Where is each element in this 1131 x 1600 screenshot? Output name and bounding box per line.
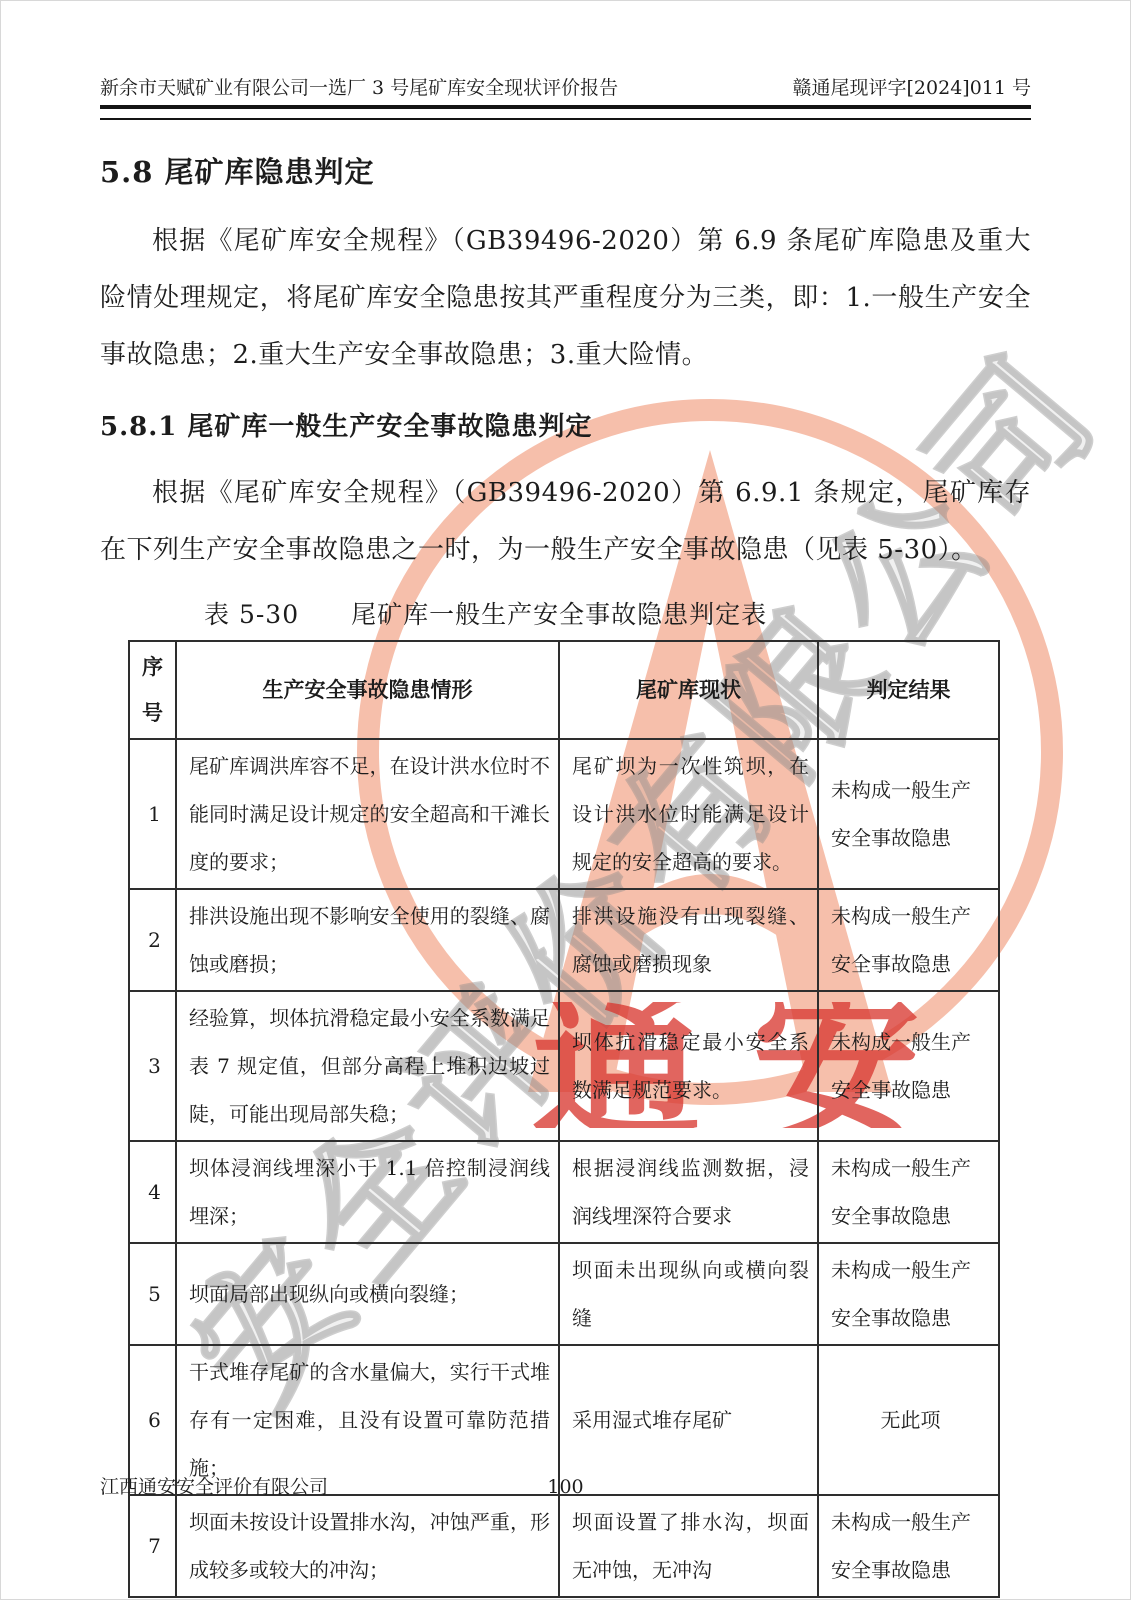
paragraph-1: 根据《尾矿库安全规程》（GB39496-2020）第 6.9 条尾矿库隐患及重大…: [100, 213, 1031, 384]
row-result: 未构成一般生产安全事故隐患: [818, 1495, 999, 1597]
row-status: 坝面设置了排水沟，坝面无冲蚀，无冲沟: [559, 1495, 818, 1597]
row-situation: 坝面局部出现纵向或横向裂缝；: [176, 1243, 559, 1345]
row-result: 未构成一般生产安全事故隐患: [818, 1243, 999, 1345]
row-result: 未构成一般生产安全事故隐患: [818, 889, 999, 991]
row-situation: 尾矿库调洪库容不足，在设计洪水位时不能同时满足设计规定的安全超高和干滩长度的要求…: [176, 739, 559, 889]
row-no: 6: [129, 1345, 176, 1495]
row-result: 未构成一般生产安全事故隐患: [818, 739, 999, 889]
row-no: 3: [129, 991, 176, 1141]
section-heading-5-8: 5.8 尾矿库隐患判定: [100, 150, 1031, 191]
paragraph-2: 根据《尾矿库安全规程》（GB39496-2020）第 6.9.1 条规定，尾矿库…: [100, 465, 1031, 579]
col-header-situation: 生产安全事故隐患情形: [176, 641, 559, 739]
report-page: 安全评价有限公司 通安 新余市天赋矿业有限公司一选厂 3 号尾矿库安全现状评价报…: [0, 0, 1131, 1600]
table-row: 7 坝面未按设计设置排水沟，冲蚀严重，形成较多或较大的冲沟； 坝面设置了排水沟，…: [129, 1495, 999, 1597]
table-row: 1 尾矿库调洪库容不足，在设计洪水位时不能同时满足设计规定的安全超高和干滩长度的…: [129, 739, 999, 889]
footer-company: 江西通安安全评价有限公司: [100, 1476, 328, 1498]
header-divider: [100, 105, 1031, 120]
table-row: 2 排洪设施出现不影响安全使用的裂缝、腐蚀或磨损； 排洪设施没有出现裂缝、腐蚀或…: [129, 889, 999, 991]
row-result: 无此项: [818, 1345, 999, 1495]
table-row: 4 坝体浸润线埋深小于 1.1 倍控制浸润线埋深； 根据浸润线监测数据，浸润线埋…: [129, 1141, 999, 1243]
col-header-status: 尾矿库现状: [559, 641, 818, 739]
row-status: 坝面未出现纵向或横向裂缝: [559, 1243, 818, 1345]
table-row: 6 干式堆存尾矿的含水量偏大，实行干式堆存有一定困难，且没有设置可靠防范措施； …: [129, 1345, 999, 1495]
table-row: 5 坝面局部出现纵向或横向裂缝； 坝面未出现纵向或横向裂缝 未构成一般生产安全事…: [129, 1243, 999, 1345]
col-header-no: 序号: [129, 641, 176, 739]
row-no: 5: [129, 1243, 176, 1345]
table-caption: 表 5-30 尾矿库一般生产安全事故隐患判定表: [204, 595, 1031, 631]
row-no: 1: [129, 739, 176, 889]
page-header: 新余市天赋矿业有限公司一选厂 3 号尾矿库安全现状评价报告 赣通尾现评字[202…: [100, 76, 1031, 100]
table-header-row: 序号 生产安全事故隐患情形 尾矿库现状 判定结果: [129, 641, 999, 739]
row-no: 2: [129, 889, 176, 991]
row-no: 4: [129, 1141, 176, 1243]
hazard-judgement-table: 序号 生产安全事故隐患情形 尾矿库现状 判定结果 1 尾矿库调洪库容不足，在设计…: [128, 640, 1000, 1598]
header-report-title: 新余市天赋矿业有限公司一选厂 3 号尾矿库安全现状评价报告: [100, 76, 618, 100]
row-situation: 坝体浸润线埋深小于 1.1 倍控制浸润线埋深；: [176, 1141, 559, 1243]
col-header-result: 判定结果: [818, 641, 999, 739]
row-status: 根据浸润线监测数据，浸润线埋深符合要求: [559, 1141, 818, 1243]
table-row: 3 经验算，坝体抗滑稳定最小安全系数满足表 7 规定值，但部分高程上堆积边坡过陡…: [129, 991, 999, 1141]
section-heading-5-8-1: 5.8.1 尾矿库一般生产安全事故隐患判定: [100, 406, 1031, 443]
row-status: 尾矿坝为一次性筑坝，在设计洪水位时能满足设计规定的安全超高的要求。: [559, 739, 818, 889]
header-doc-number: 赣通尾现评字[2024]011 号: [793, 76, 1031, 100]
row-situation: 坝面未按设计设置排水沟，冲蚀严重，形成较多或较大的冲沟；: [176, 1495, 559, 1597]
page-content: 新余市天赋矿业有限公司一选厂 3 号尾矿库安全现状评价报告 赣通尾现评字[202…: [100, 0, 1031, 1598]
row-situation: 经验算，坝体抗滑稳定最小安全系数满足表 7 规定值，但部分高程上堆积边坡过陡，可…: [176, 991, 559, 1141]
row-status: 采用湿式堆存尾矿: [559, 1345, 818, 1495]
row-result: 未构成一般生产安全事故隐患: [818, 991, 999, 1141]
row-status: 坝体抗滑稳定最小安全系数满足规范要求。: [559, 991, 818, 1141]
row-situation: 排洪设施出现不影响安全使用的裂缝、腐蚀或磨损；: [176, 889, 559, 991]
row-situation: 干式堆存尾矿的含水量偏大，实行干式堆存有一定困难，且没有设置可靠防范措施；: [176, 1345, 559, 1495]
row-result: 未构成一般生产安全事故隐患: [818, 1141, 999, 1243]
row-no: 7: [129, 1495, 176, 1597]
row-status: 排洪设施没有出现裂缝、腐蚀或磨损现象: [559, 889, 818, 991]
